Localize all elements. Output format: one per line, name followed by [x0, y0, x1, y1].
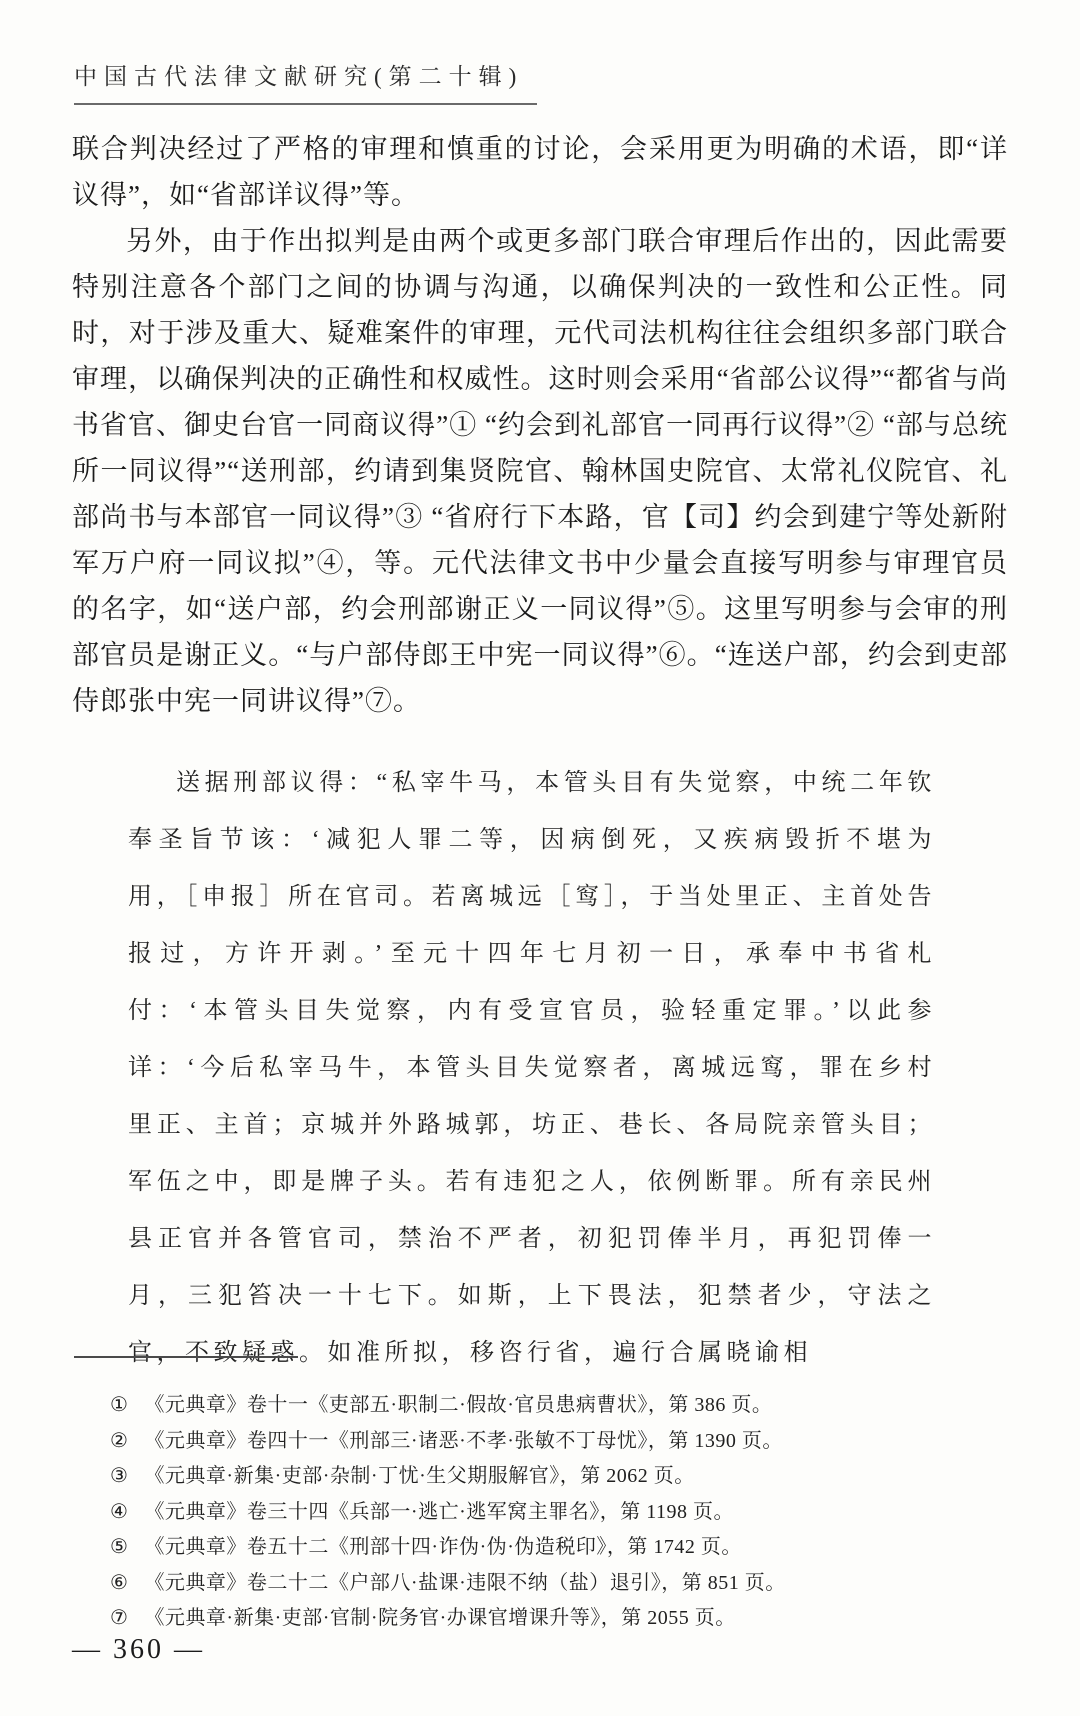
footnote-text: 《元典章·新集·吏部·官制·院务官·办课官增课升等》，第 2055 页。 [144, 1601, 990, 1637]
footnote-text: 《元典章》卷五十二《刑部十四·诈伪·伪·伪造税印》，第 1742 页。 [144, 1530, 990, 1566]
paragraph-continuation: 联合判决经过了严格的审理和慎重的讨论，会采用更为明确的术语，即“详议得”，如“省… [72, 126, 1008, 218]
footnote-marker: ① [110, 1388, 128, 1424]
footnote-item: ⑥ 《元典章》卷二十二《户部八·盐课·违限不纳（盐）退引》，第 851 页。 [110, 1566, 990, 1602]
footnote-item: ② 《元典章》卷四十一《刑部三·诸恶·不孝·张敏不丁母忧》，第 1390 页。 [110, 1424, 990, 1460]
book-page: 中国古代法律文献研究(第二十辑) 联合判决经过了严格的审理和慎重的讨论，会采用更… [0, 0, 1080, 1716]
footnote-marker: ⑤ [110, 1530, 128, 1566]
footnote-separator [74, 1356, 298, 1358]
footnote-text: 《元典章》卷十一《吏部五·职制二·假故·官员患病曹状》，第 386 页。 [144, 1388, 990, 1424]
footnote-text: 《元典章》卷三十四《兵部一·逃亡·逃军窝主罪名》，第 1198 页。 [144, 1495, 990, 1531]
running-header: 中国古代法律文献研究(第二十辑) [74, 58, 537, 105]
footnote-marker: ⑦ [110, 1601, 128, 1637]
paragraph-body: 另外，由于作出拟判是由两个或更多部门联合审理后作出的，因此需要特别注意各个部门之… [72, 218, 1008, 724]
main-text: 联合判决经过了严格的审理和慎重的讨论，会采用更为明确的术语，即“详议得”，如“省… [72, 126, 1008, 1382]
footnote-item: ⑤ 《元典章》卷五十二《刑部十四·诈伪·伪·伪造税印》，第 1742 页。 [110, 1530, 990, 1566]
footnote-item: ④ 《元典章》卷三十四《兵部一·逃亡·逃军窝主罪名》，第 1198 页。 [110, 1495, 990, 1531]
footnote-item: ① 《元典章》卷十一《吏部五·职制二·假故·官员患病曹状》，第 386 页。 [110, 1388, 990, 1424]
footnote-marker: ⑥ [110, 1566, 128, 1602]
footnotes-section: ① 《元典章》卷十一《吏部五·职制二·假故·官员患病曹状》，第 386 页。 ②… [110, 1388, 990, 1637]
footnote-text: 《元典章·新集·吏部·杂制·丁忧·生父期服解官》，第 2062 页。 [144, 1459, 990, 1495]
footnote-item: ⑦ 《元典章·新集·吏部·官制·院务官·办课官增课升等》，第 2055 页。 [110, 1601, 990, 1637]
footnote-text: 《元典章》卷四十一《刑部三·诸恶·不孝·张敏不丁母忧》，第 1390 页。 [144, 1424, 990, 1460]
footnote-marker: ② [110, 1424, 128, 1460]
footnote-marker: ③ [110, 1459, 128, 1495]
footnote-marker: ④ [110, 1495, 128, 1531]
footnote-item: ③ 《元典章·新集·吏部·杂制·丁忧·生父期服解官》，第 2062 页。 [110, 1459, 990, 1495]
page-number: — 360 — [72, 1634, 205, 1666]
block-quote: 送据刑部议得：“私宰牛马，本管头目有失觉察，中统二年钦奉圣旨节该：‘减犯人罪二等… [128, 755, 936, 1382]
footnote-text: 《元典章》卷二十二《户部八·盐课·违限不纳（盐）退引》，第 851 页。 [144, 1566, 990, 1602]
